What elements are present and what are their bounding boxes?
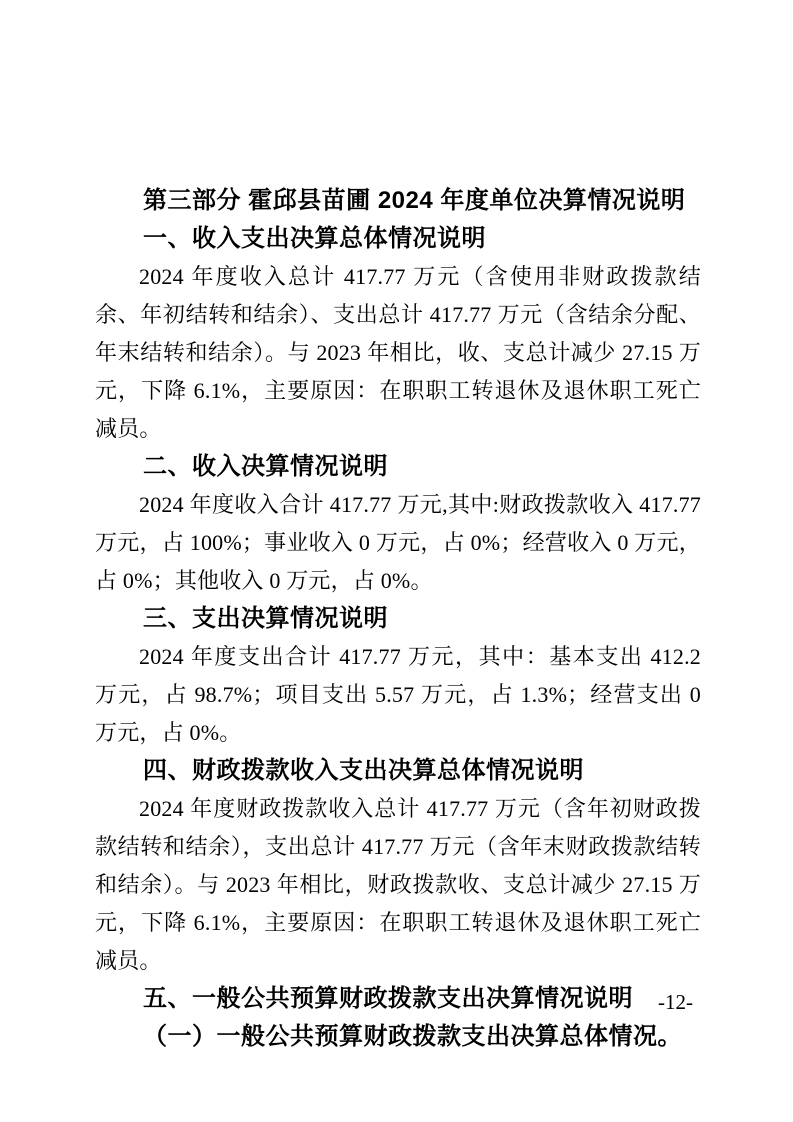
- document-page: 第三部分 霍邱县苗圃 2024 年度单位决算情况说明 一、收入支出决算总体情况说…: [0, 0, 793, 1122]
- section-3-paragraph: 2024 年度支出合计 417.77 万元，其中：基本支出 412.2 万元，占…: [95, 638, 701, 752]
- section-5-heading: 五、一般公共预算财政拨款支出决算情况说明: [95, 980, 701, 1018]
- section-3-heading: 三、支出决算情况说明: [95, 600, 701, 638]
- section-5-subheading: （一）一般公共预算财政拨款支出决算总体情况。: [95, 1018, 701, 1056]
- document-content: 第三部分 霍邱县苗圃 2024 年度单位决算情况说明 一、收入支出决算总体情况说…: [95, 182, 701, 1056]
- section-4-heading: 四、财政拨款收入支出决算总体情况说明: [95, 752, 701, 790]
- section-2-heading: 二、收入决算情况说明: [95, 448, 701, 486]
- document-title: 第三部分 霍邱县苗圃 2024 年度单位决算情况说明: [95, 182, 701, 220]
- section-1-paragraph: 2024 年度收入总计 417.77 万元（含使用非财政拨款结余、年初结转和结余…: [95, 258, 701, 448]
- section-1-heading: 一、收入支出决算总体情况说明: [95, 220, 701, 258]
- section-4-paragraph: 2024 年度财政拨款收入总计 417.77 万元（含年初财政拨款结转和结余），…: [95, 790, 701, 980]
- page-number: -12-: [658, 991, 693, 1013]
- section-2-paragraph: 2024 年度收入合计 417.77 万元,其中:财政拨款收入 417.77 万…: [95, 486, 701, 600]
